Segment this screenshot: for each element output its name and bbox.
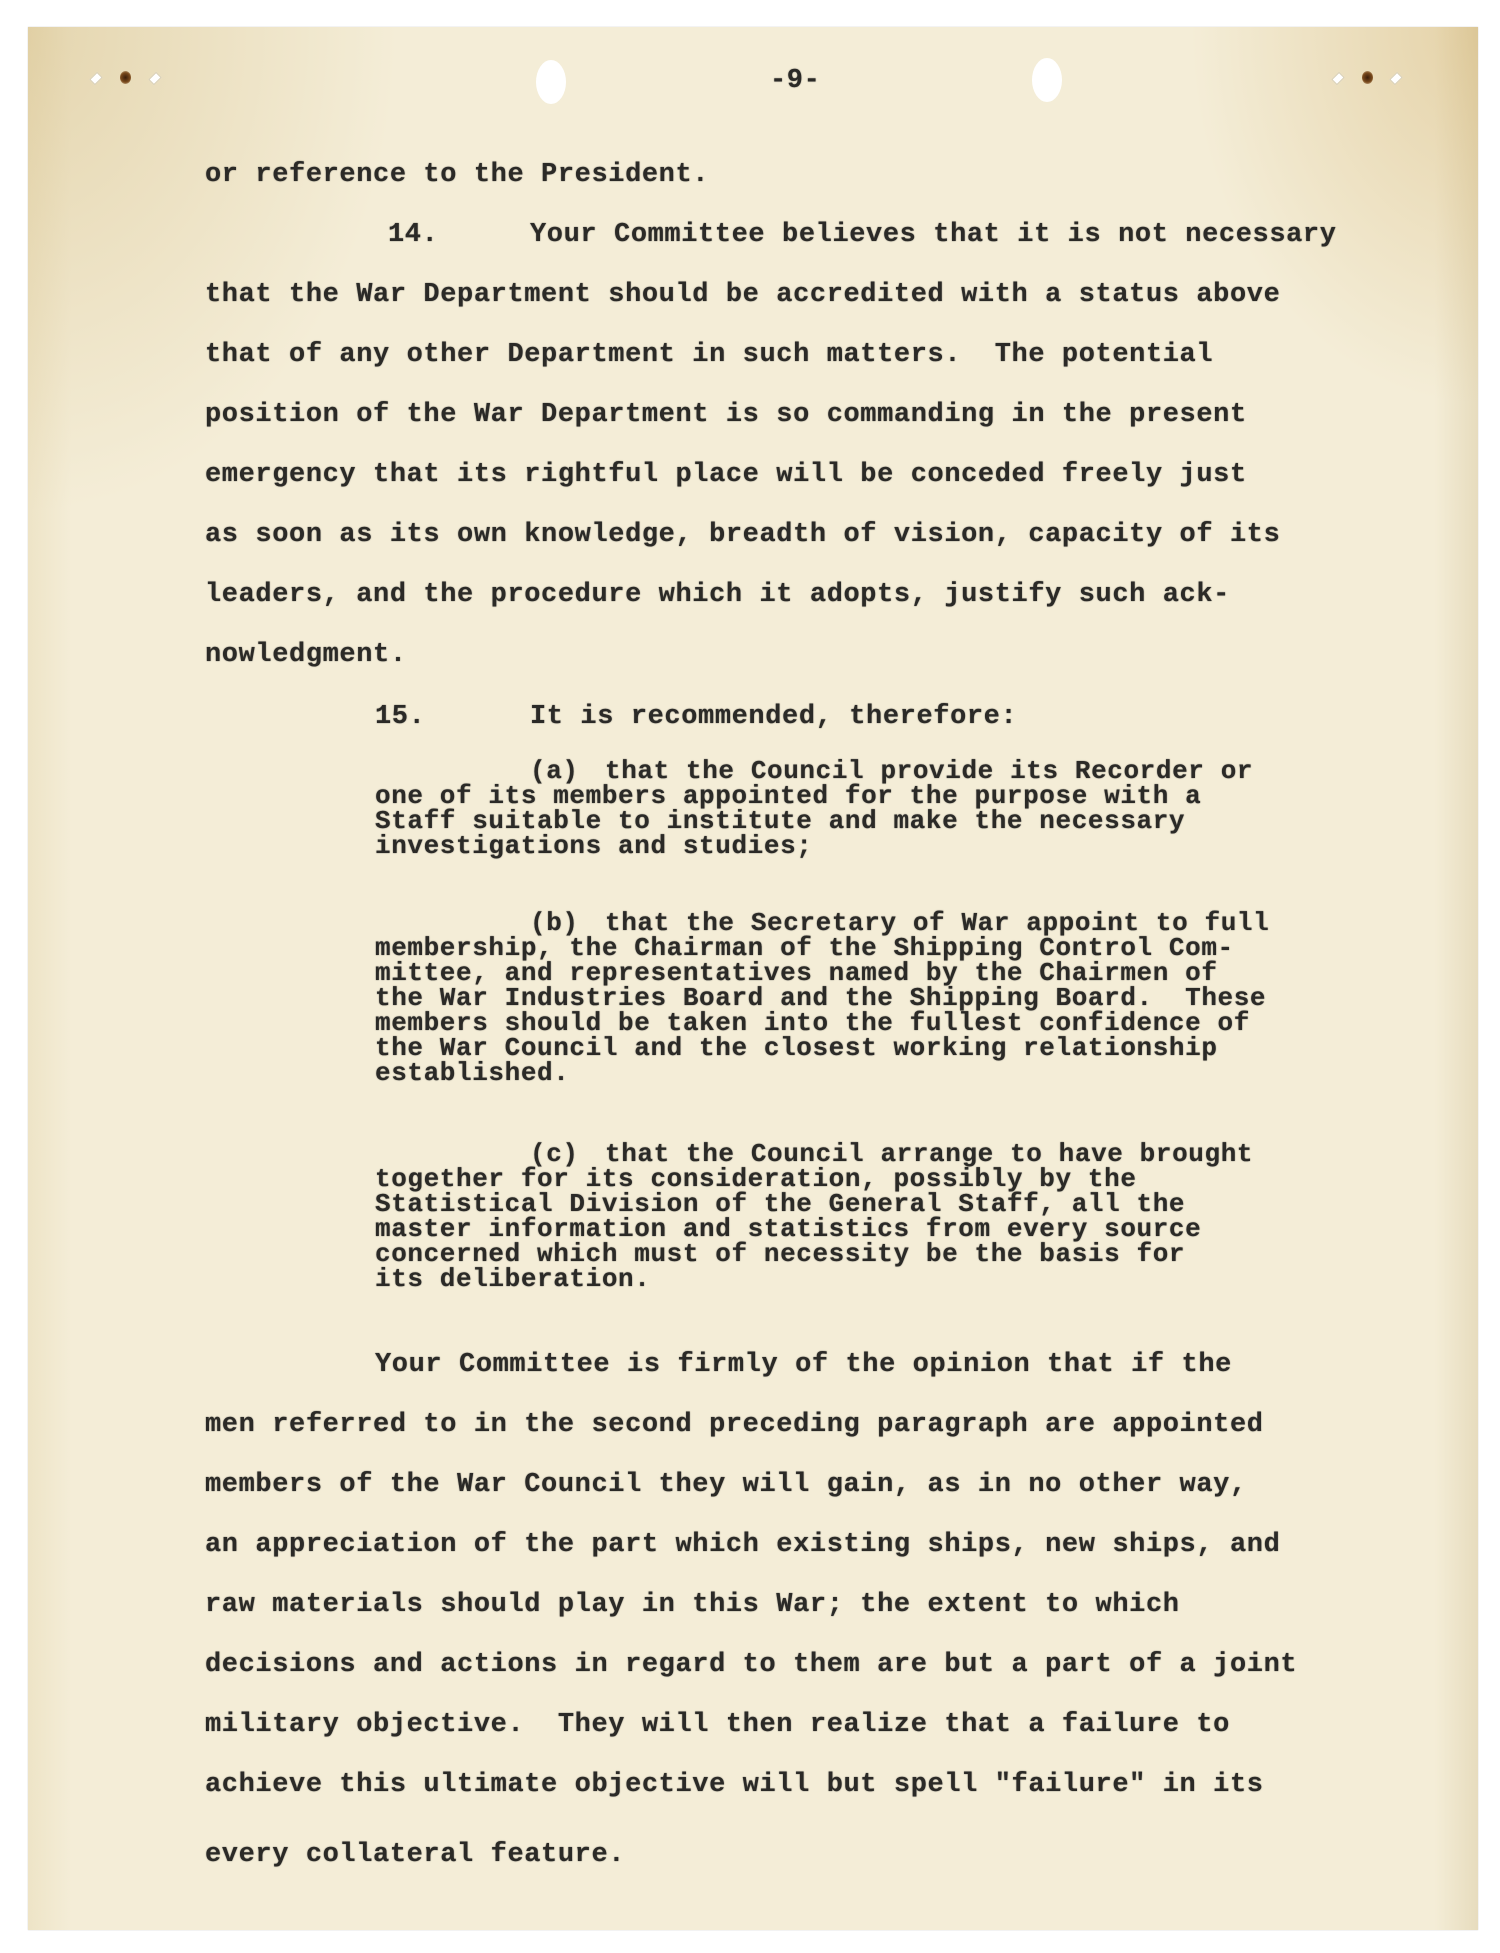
text-line: decisions and actions in regard to them … xyxy=(205,1650,1297,1680)
binder-hole-right xyxy=(1032,58,1062,102)
pin-hole-icon xyxy=(1331,72,1344,85)
text-line: mittee, and representatives named by the… xyxy=(375,962,1218,985)
text-line: that of any other Department in such mat… xyxy=(205,340,1213,370)
text-line: members should be taken into the fullest… xyxy=(375,1012,1250,1035)
text-line: It is recommended, therefore: xyxy=(530,702,1017,732)
text-line: Your Committee believes that it is not n… xyxy=(530,220,1337,250)
text-line: master information and statistics from e… xyxy=(375,1218,1201,1241)
text-line: Your Committee is firmly of the opinion … xyxy=(375,1350,1232,1380)
text-line: as soon as its own knowledge, breadth of… xyxy=(205,520,1280,550)
paragraph-number: 15. xyxy=(375,702,425,732)
text-line: Statistical Division of the General Staf… xyxy=(375,1193,1185,1216)
text-line: that the Council arrange to have brought xyxy=(605,1143,1253,1166)
text-line: investigations and studies; xyxy=(375,835,812,858)
text-line: position of the War Department is so com… xyxy=(205,400,1247,430)
text-line: established. xyxy=(375,1062,569,1085)
text-line: that the Council provide its Recorder or xyxy=(605,760,1253,783)
pin-hole-icon xyxy=(1389,72,1402,85)
text-line: the War Council and the closest working … xyxy=(375,1037,1218,1060)
item-label: (a) xyxy=(530,760,579,783)
text-line: military objective. They will then reali… xyxy=(205,1710,1230,1740)
pin-hole-icon xyxy=(148,72,161,85)
text-line: an appreciation of the part which existi… xyxy=(205,1530,1280,1560)
text-line: that the Secretary of War appoint to ful… xyxy=(605,912,1269,935)
rust-stain-icon xyxy=(1362,71,1373,84)
text-line: concerned which must of necessity be the… xyxy=(375,1243,1185,1266)
text-line: leaders, and the procedure which it adop… xyxy=(205,580,1230,610)
text-line: Staff suitable to institute and make the… xyxy=(375,810,1185,833)
text-line: every collateral feature. xyxy=(205,1840,625,1870)
text-line: the War Industries Board and the Shippin… xyxy=(375,987,1266,1010)
text-line: or reference to the President. xyxy=(205,160,709,190)
text-line: members of the War Council they will gai… xyxy=(205,1470,1247,1500)
text-line: that the War Department should be accred… xyxy=(205,280,1280,310)
item-label: (b) xyxy=(530,912,579,935)
text-line: one of its members appointed for the pur… xyxy=(375,785,1201,808)
page-number: -9- xyxy=(770,66,820,96)
text-line: membership, the Chairman of the Shipping… xyxy=(375,937,1234,960)
binder-hole-left xyxy=(536,60,566,104)
text-line: achieve this ultimate objective will but… xyxy=(205,1770,1264,1800)
text-line: emergency that its rightful place will b… xyxy=(205,460,1247,490)
pin-hole-icon xyxy=(89,72,102,85)
text-line: together for its consideration, possibly… xyxy=(375,1168,1137,1191)
item-label: (c) xyxy=(530,1143,579,1166)
text-line: nowledgment. xyxy=(205,640,407,670)
paragraph-number: 14. xyxy=(388,220,438,250)
text-line: raw materials should play in this War; t… xyxy=(205,1590,1180,1620)
rust-stain-icon xyxy=(120,71,131,84)
text-line: its deliberation. xyxy=(375,1268,650,1291)
text-line: men referred to in the second preceding … xyxy=(205,1410,1264,1440)
